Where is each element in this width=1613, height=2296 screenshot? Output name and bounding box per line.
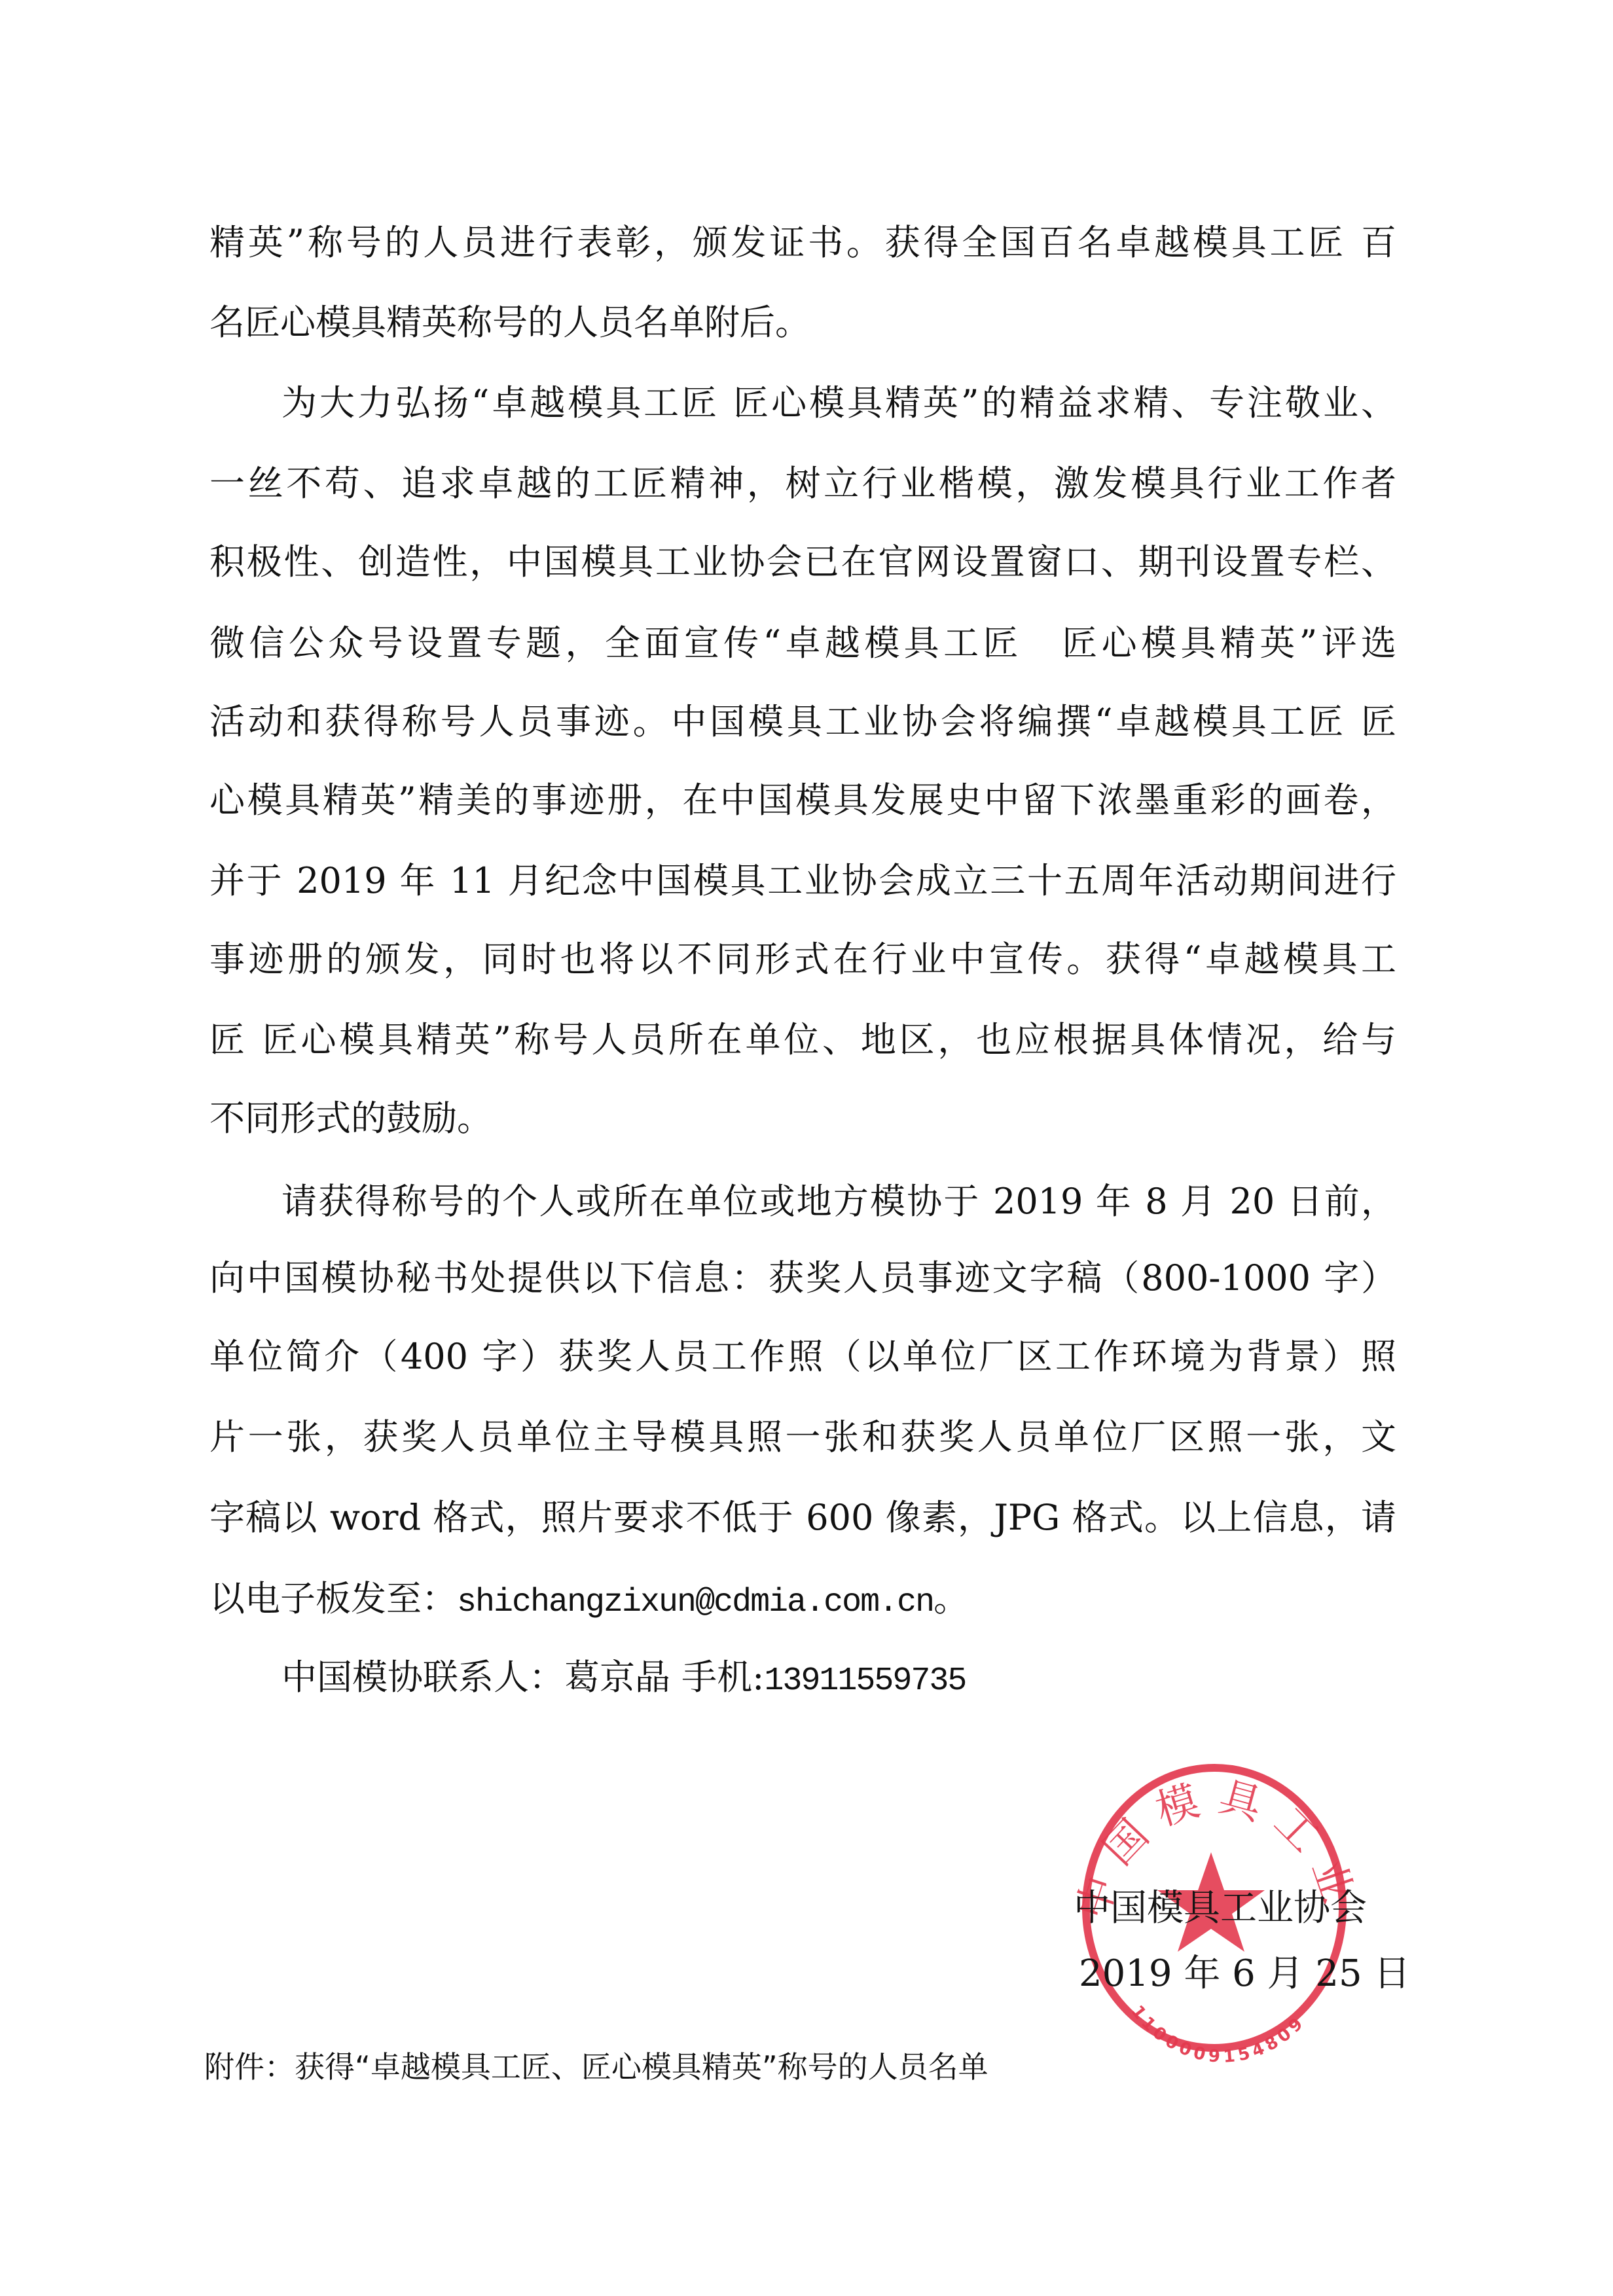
seal-serial-number: 1100009154809 xyxy=(1127,2002,1310,2067)
signature-organization: 中国模具工业协会 xyxy=(1074,1888,1367,1929)
paragraph-2-line-7: 并于 2019 年 11 月纪念中国模具工业协会成立三十五周年活动期间进行 xyxy=(209,860,1396,902)
paragraph-3-line-6: 以电子板发至：shichangzixun@cdmia.com.cn。 xyxy=(209,1578,1396,1620)
paragraph-2-line-2: 一丝不苟、追求卓越的工匠精神，树立行业楷模，激发模具行业工作者 xyxy=(209,463,1396,505)
paragraph-1-line-2: 名匠心模具精英称号的人员名单附后。 xyxy=(209,302,1396,344)
paragraph-3-line-3: 单位简介（400 字）获奖人员工作照（以单位厂区工作环境为背景）照 xyxy=(209,1336,1396,1378)
email-suffix: 。 xyxy=(933,1578,969,1619)
paragraph-1-line-1: 精英”称号的人员进行表彰，颁发证书。获得全国百名卓越模具工匠 百 xyxy=(209,222,1396,264)
document-page: 精英”称号的人员进行表彰，颁发证书。获得全国百名卓越模具工匠 百 名匠心模具精英… xyxy=(0,0,1613,2296)
paragraph-2-line-3: 积极性、创造性，中国模具工业协会已在官网设置窗口、期刊设置专栏、 xyxy=(209,541,1396,583)
paragraph-3-line-4: 片一张，获奖人员单位主导模具照一张和获奖人员单位厂区照一张，文 xyxy=(209,1416,1396,1458)
signature-date: 2019 年 6 月 25 日 xyxy=(1079,1953,1410,1995)
paragraph-2-line-4: 微信公众号设置专题，全面宣传“卓越模具工匠 匠心模具精英”评选 xyxy=(209,622,1396,664)
paragraph-3-line-2: 向中国模协秘书处提供以下信息：获奖人员事迹文字稿（800-1000 字） xyxy=(209,1257,1396,1299)
contact-line: 中国模协联系人：葛京晶 手机:13911559735 xyxy=(281,1657,1396,1698)
paragraph-3-line-5: 字稿以 word 格式，照片要求不低于 600 像素，JPG 格式。以上信息，请 xyxy=(209,1497,1396,1539)
paragraph-3-line-1: 请获得称号的个人或所在单位或地方模协于 2019 年 8 月 20 日前， xyxy=(281,1181,1396,1223)
contact-label: 中国模协联系人：葛京晶 手机: xyxy=(281,1657,764,1698)
contact-phone: 13911559735 xyxy=(764,1662,966,1700)
email-address[interactable]: shichangzixun@cdmia.com.cn xyxy=(457,1584,933,1621)
email-label: 以电子板发至： xyxy=(209,1578,457,1619)
paragraph-2-line-10: 不同形式的鼓励。 xyxy=(209,1098,1396,1139)
paragraph-2-line-5: 活动和获得称号人员事迹。中国模具工业协会将编撰“卓越模具工匠 匠 xyxy=(209,701,1396,743)
svg-text:1100009154809: 1100009154809 xyxy=(1127,2002,1310,2067)
paragraph-2-line-9: 匠 匠心模具精英”称号人员所在单位、地区，也应根据具体情况，给与 xyxy=(209,1019,1396,1061)
attachment-note: 附件：获得“卓越模具工匠、匠心模具精英”称号的人员名单 xyxy=(204,2049,988,2085)
paragraph-2-line-8: 事迹册的颁发，同时也将以不同形式在行业中宣传。获得“卓越模具工 xyxy=(209,939,1396,980)
paragraph-2-line-6: 心模具精英”精美的事迹册，在中国模具发展史中留下浓墨重彩的画卷， xyxy=(209,780,1396,821)
paragraph-2-line-1: 为大力弘扬“卓越模具工匠 匠心模具精英”的精益求精、专注敬业、 xyxy=(281,382,1396,424)
